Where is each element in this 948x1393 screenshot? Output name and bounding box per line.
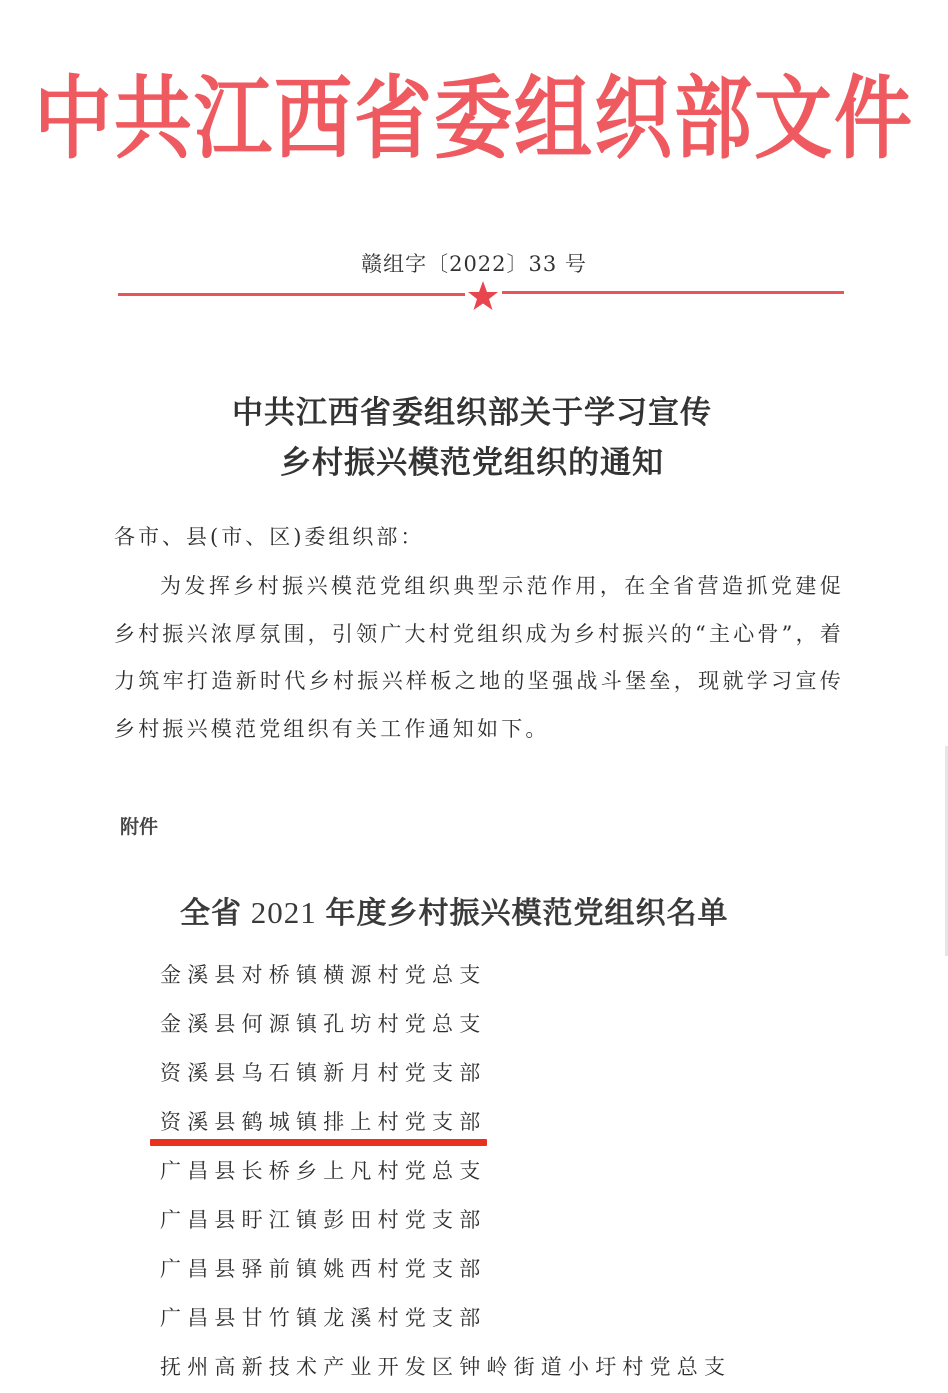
red-highlight-underline — [150, 1139, 487, 1146]
list-title: 全省 2021 年度乡村振兴模范党组织名单 — [180, 888, 729, 932]
divider-line-right — [502, 291, 844, 294]
list-item: 广昌县盱江镇彭田村党支部 — [160, 1200, 731, 1249]
list-item: 资溪县乌石镇新月村党支部 — [160, 1053, 731, 1102]
list-item: 金溪县对桥镇横源村党总支 — [160, 955, 731, 1004]
notice-title-line-1: 中共江西省委组织部关于学习宣传 — [0, 388, 948, 438]
document-number: 赣组字〔2022〕33 号 — [0, 248, 948, 278]
list-item: 广昌县驿前镇姚西村党支部 — [160, 1249, 731, 1298]
divider-line-left — [118, 293, 465, 296]
star-icon — [467, 280, 499, 312]
list-item: 广昌县长桥乡上凡村党总支 — [160, 1151, 731, 1200]
list-title-year: 2021 — [242, 895, 326, 930]
document-red-header: 中共江西省委组织部文件 — [0, 62, 948, 177]
notice-title-line-2: 乡村振兴模范党组织的通知 — [0, 438, 948, 488]
notice-title: 中共江西省委组织部关于学习宣传 乡村振兴模范党组织的通知 — [0, 388, 948, 488]
attachment-label: 附件 — [120, 812, 158, 839]
salutation: 各市、县(市、区)委组织部： — [114, 521, 424, 551]
body-paragraph: 为发挥乡村振兴模范党组织典型示范作用，在全省营造抓党建促乡村振兴浓厚氛围，引领广… — [114, 563, 844, 753]
list-title-prefix: 全省 — [180, 896, 242, 931]
party-organization-list: 金溪县对桥镇横源村党总支 金溪县何源镇孔坊村党总支 资溪县乌石镇新月村党支部 资… — [160, 955, 731, 1393]
list-item: 金溪县何源镇孔坊村党总支 — [160, 1004, 731, 1053]
list-title-suffix: 年度乡村振兴模范党组织名单 — [326, 896, 729, 931]
list-item: 抚州高新技术产业开发区钟岭街道小圩村党总支 — [160, 1347, 731, 1393]
list-item: 广昌县甘竹镇龙溪村党支部 — [160, 1298, 731, 1347]
red-divider — [118, 284, 844, 308]
